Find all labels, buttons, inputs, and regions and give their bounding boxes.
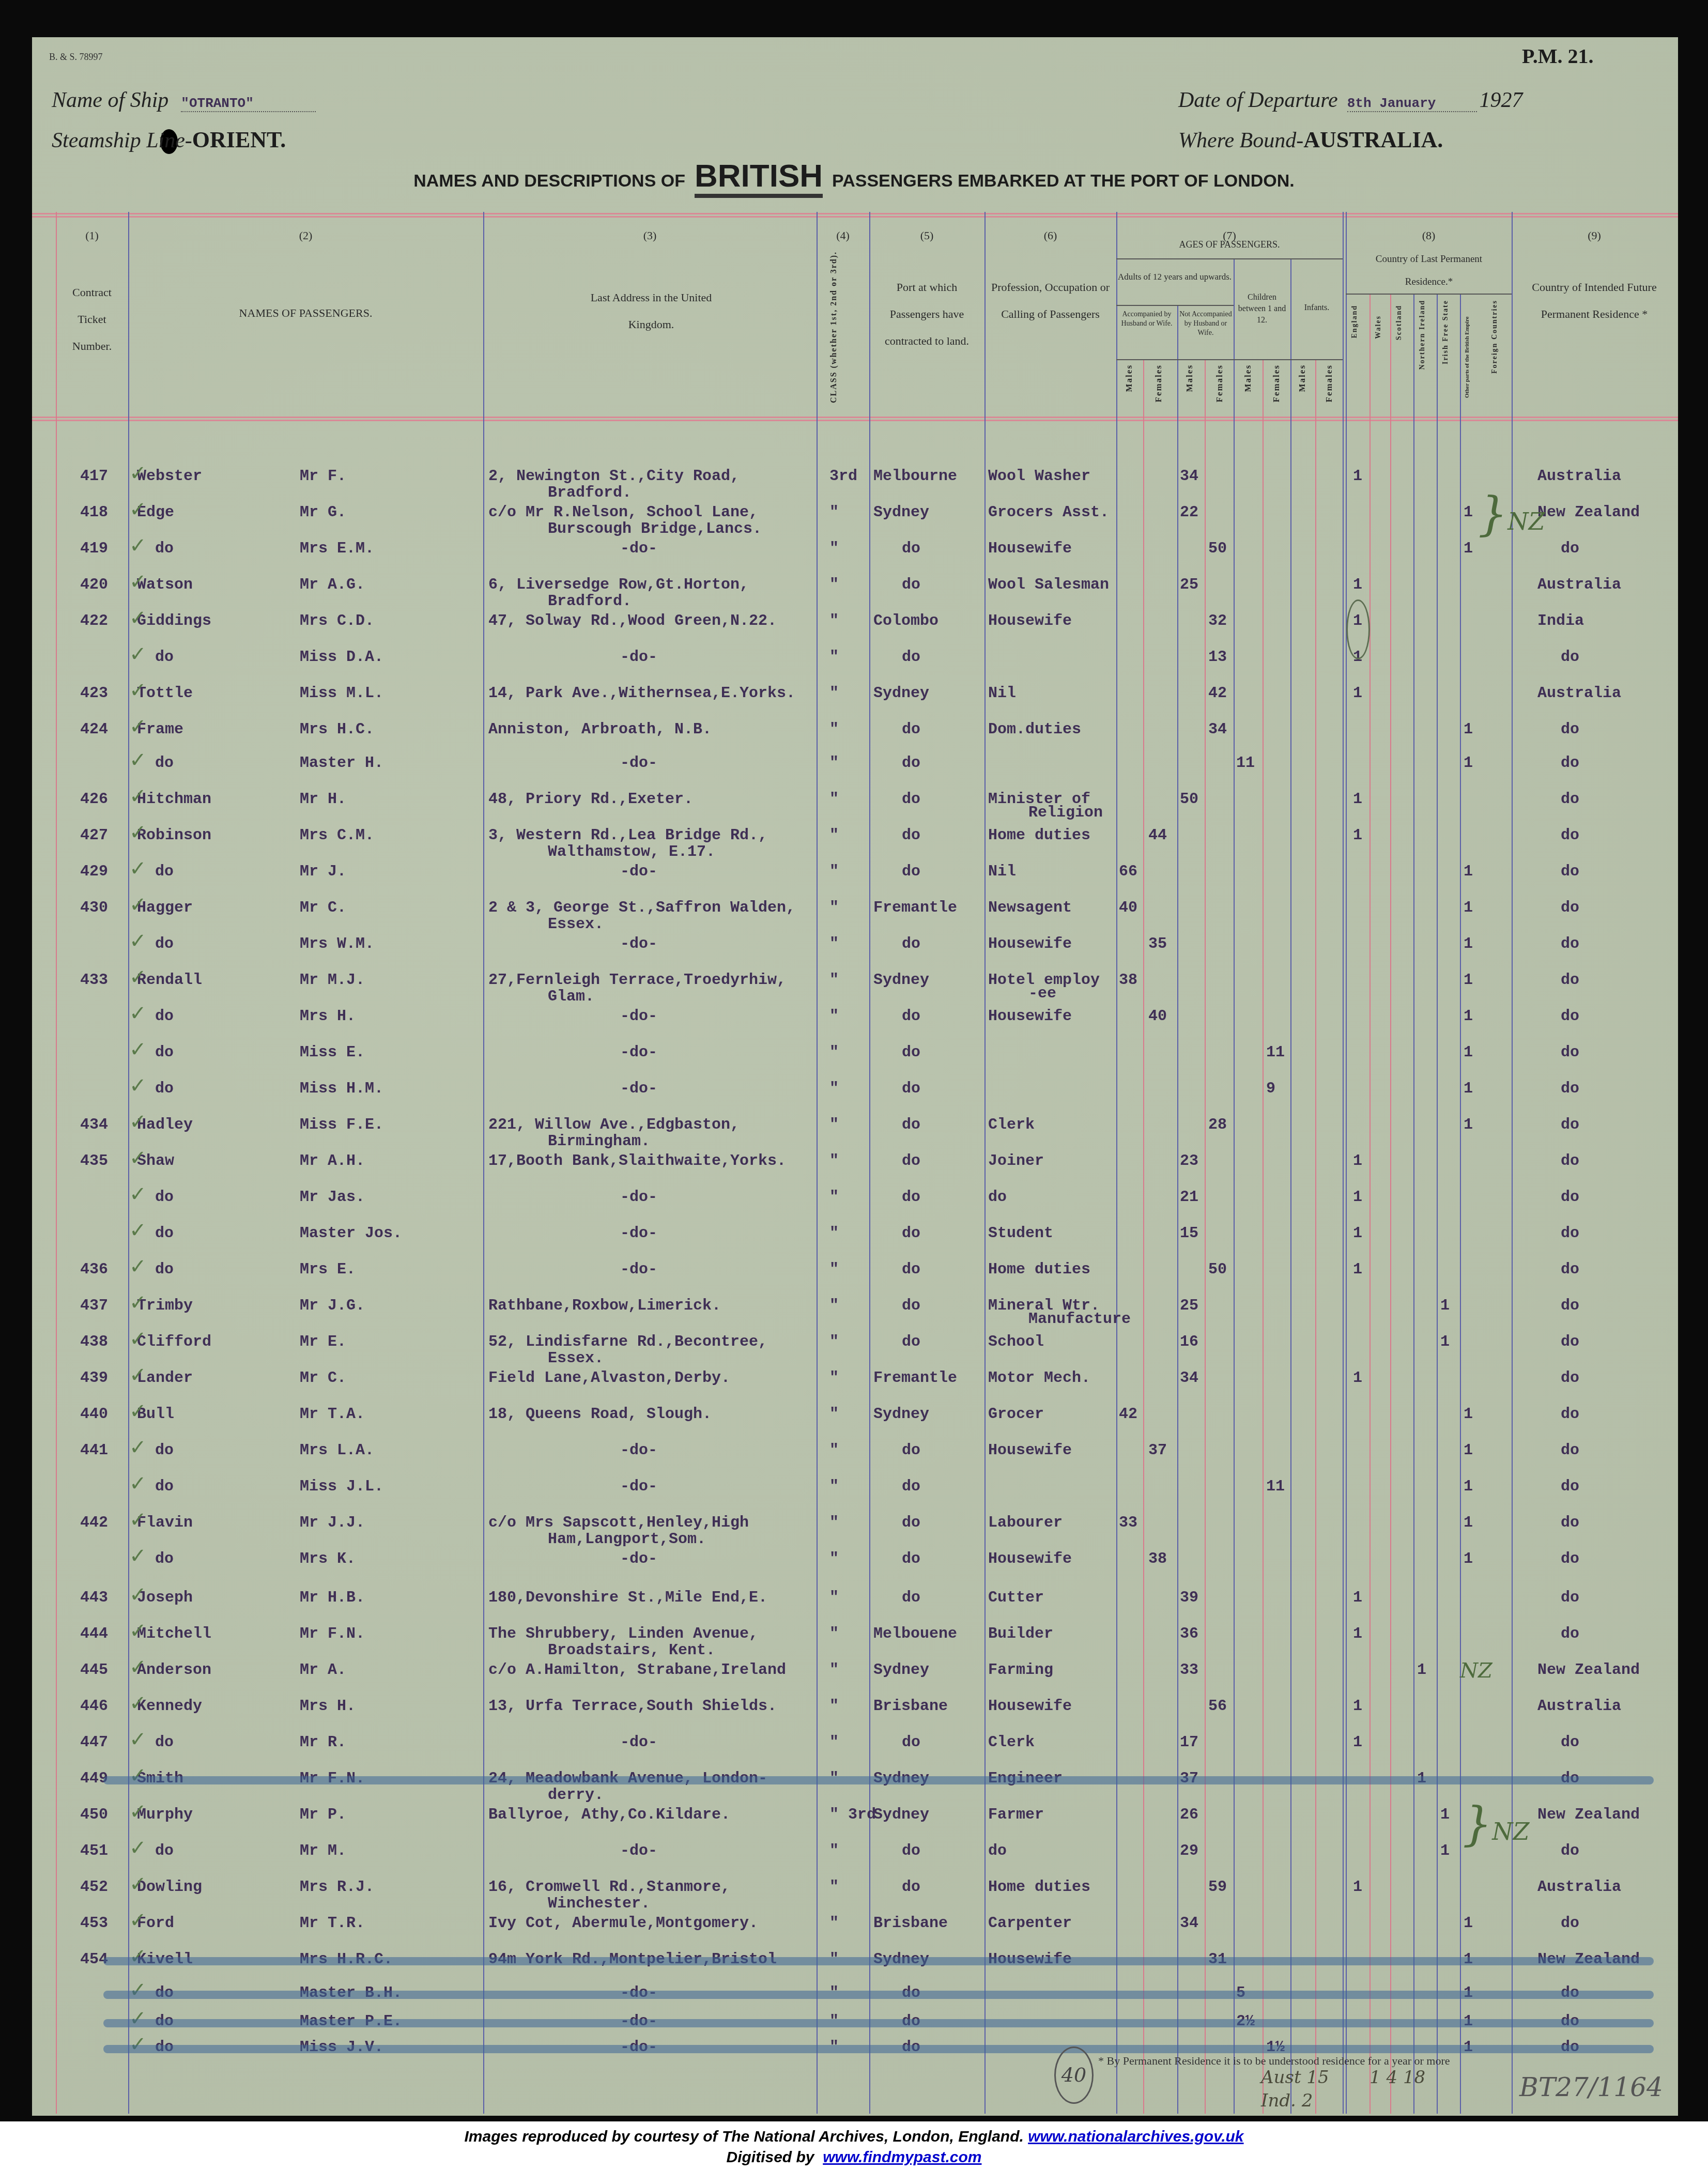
given-names: Mr M. (300, 1842, 346, 1860)
age: 39 (1180, 1589, 1198, 1607)
destination: do (1561, 1478, 1579, 1496)
occupation: Clerk (988, 1116, 1035, 1134)
check-mark-icon: ✓ (129, 1436, 147, 1459)
destination: do (1561, 1116, 1579, 1134)
check-mark-icon: ✓ (129, 929, 147, 953)
age: 11 (1236, 755, 1255, 772)
check-mark-icon: ✓ (129, 534, 147, 558)
destination: do (1561, 1333, 1579, 1351)
age: 32 (1208, 612, 1227, 630)
class: " (829, 649, 839, 666)
ticket-number: 418 (80, 504, 108, 521)
destination: do (1561, 1189, 1579, 1206)
address: -do- (620, 935, 657, 953)
port-of-landing: do (902, 1734, 920, 1751)
class: " (829, 576, 839, 594)
age: 36 (1180, 1625, 1198, 1643)
destination: do (1561, 899, 1579, 917)
ticket-number: 437 (80, 1297, 108, 1315)
given-names: Mr M.J. (300, 972, 365, 989)
check-mark-icon: ✓ (129, 570, 147, 594)
table-row: 436doMrs E.-do-"doHome dutiesdo501✓ (0, 1261, 1708, 1297)
findmypast-link[interactable]: www.findmypast.com (823, 2149, 981, 2166)
destination: do (1561, 1514, 1579, 1532)
age: 34 (1180, 468, 1198, 485)
address: c/o Mr R.Nelson, School Lane, (488, 504, 758, 521)
ticket-number: 441 (80, 1442, 108, 1459)
ages-sub-header: Females (1153, 364, 1164, 402)
occupation: Farming (988, 1661, 1053, 1679)
given-names: Mrs E.M. (300, 540, 374, 558)
class: " (829, 791, 839, 808)
ticket-number: 430 (80, 899, 108, 917)
port-of-landing: do (902, 1044, 920, 1061)
occupation: Motor Mech. (988, 1369, 1090, 1387)
residence-count: 1 (1353, 1225, 1362, 1242)
class: " (829, 899, 839, 917)
table-row: 438CliffordMr E.52, Lindisfarne Rd.,Beco… (0, 1333, 1708, 1369)
ages-sub-header: Males (1297, 364, 1307, 392)
age: 16 (1180, 1333, 1198, 1351)
occupation: Grocers Asst. (988, 504, 1109, 521)
address: -do- (620, 1478, 657, 1496)
check-mark-icon: ✓ (129, 498, 147, 521)
age: 38 (1119, 972, 1137, 989)
check-mark-icon: ✓ (129, 893, 147, 917)
table-row: doMaster H.-do-"dodo111✓ (0, 755, 1708, 791)
given-names: Mrs C.M. (300, 827, 374, 844)
class: " (829, 1879, 839, 1896)
address: c/o A.Hamilton, Strabane,Ireland (488, 1661, 786, 1679)
surname: Dowling (137, 1879, 202, 1896)
check-mark-icon: ✓ (129, 606, 147, 630)
age: 50 (1180, 791, 1198, 808)
address: 48, Priory Rd.,Exeter. (488, 791, 693, 808)
age: 50 (1208, 540, 1227, 558)
table-row: 437TrimbyMr J.G.Rathbane,Roxbow,Limerick… (0, 1297, 1708, 1333)
class: " (829, 1478, 839, 1496)
address-line-2: Burscough Bridge,Lancs. (548, 520, 762, 538)
port-of-landing: do (902, 1152, 920, 1170)
port-of-landing: Melbouene (873, 1625, 957, 1643)
surname: do (155, 1225, 174, 1242)
residence-count: 1 (1353, 1625, 1362, 1643)
port-of-landing: Sydney (873, 1661, 929, 1679)
check-mark-icon: ✓ (129, 1508, 147, 1532)
nz-note-annotation: NZ (1460, 1659, 1492, 1683)
form-number: P.M. 21. (1522, 44, 1594, 68)
age: 25 (1180, 576, 1198, 594)
line-label: Steamship Line- (52, 129, 192, 152)
class: " (829, 1406, 839, 1423)
address: Ballyroe, Athy,Co.Kildare. (488, 1806, 730, 1824)
check-mark-icon: ✓ (129, 1182, 147, 1206)
check-mark-icon: ✓ (129, 1363, 147, 1387)
col1-header: Contract Ticket Number. (58, 279, 126, 360)
occupation: Home duties (988, 827, 1090, 844)
given-names: Master H. (300, 755, 383, 772)
adults-rule (1116, 305, 1234, 306)
age: 44 (1148, 827, 1167, 844)
bound-label: Where Bound- (1178, 129, 1303, 152)
check-mark-icon: ✓ (129, 1399, 147, 1423)
port-of-landing: Colombo (873, 612, 938, 630)
destination: do (1561, 1261, 1579, 1279)
port-of-landing: Sydney (873, 1406, 929, 1423)
destination: do (1561, 1297, 1579, 1315)
destination: do (1561, 1589, 1579, 1607)
address: Field Lane,Alvaston,Derby. (488, 1369, 730, 1387)
address: 18, Queens Road, Slough. (488, 1406, 712, 1423)
address: 2 & 3, George St.,Saffron Walden, (488, 899, 795, 917)
destination: do (1561, 1080, 1579, 1098)
table-row: 423TottleMiss M.L.14, Park Ave.,Witherns… (0, 685, 1708, 721)
port-of-landing: do (902, 1842, 920, 1860)
address: -do- (620, 755, 657, 772)
check-mark-icon: ✓ (129, 857, 147, 881)
given-names: Miss F.E. (300, 1116, 383, 1134)
port-of-landing: do (902, 1225, 920, 1242)
address: -do- (620, 863, 657, 881)
national-archives-link[interactable]: www.nationalarchives.gov.uk (1028, 2128, 1243, 2145)
residence-count: 1 (1353, 791, 1362, 808)
given-names: Mr E. (300, 1333, 346, 1351)
given-names: Mr R. (300, 1734, 346, 1751)
residence-count: 1 (1464, 1550, 1473, 1568)
table-row: doMrs W.M.-do-"doHousewifedo351✓ (0, 935, 1708, 972)
occupation: Nil (988, 863, 1016, 881)
port-of-landing: do (902, 1879, 920, 1896)
residence-sub-header: Irish Free State (1442, 300, 1450, 364)
address: -do- (620, 1080, 657, 1098)
age: 13 (1208, 649, 1227, 666)
destination: do (1561, 540, 1579, 558)
table-row: 451doMr M.-do-"dododo291✓ (0, 1842, 1708, 1879)
occupation: Carpenter (988, 1915, 1072, 1932)
destination: do (1561, 1406, 1579, 1423)
table-row: 454KivellMrs H.R.C.94m York Rd.,Montpeli… (0, 1951, 1708, 1987)
address: 3, Western Rd.,Lea Bridge Rd., (488, 827, 767, 844)
port-of-landing: Fremantle (873, 1369, 957, 1387)
check-mark-icon: ✓ (129, 1655, 147, 1679)
ticket-number: 417 (80, 468, 108, 485)
address: -do- (620, 1842, 657, 1860)
address: 16, Cromwell Rd.,Stanmore, (488, 1879, 730, 1896)
port-of-landing: do (902, 1333, 920, 1351)
given-names: Mrs C.D. (300, 612, 374, 630)
given-names: Mrs E. (300, 1261, 356, 1279)
col2-header: NAMES OF PASSENGERS. (128, 300, 483, 327)
ship-name: "OTRANTO" (181, 96, 315, 112)
circled-count: 40 (1054, 2046, 1094, 2104)
table-row: 445AndersonMr A.c/o A.Hamilton, Strabane… (0, 1661, 1708, 1698)
residence-count: 1 (1464, 1406, 1473, 1423)
age: 38 (1148, 1550, 1167, 1568)
residence-count: 1 (1440, 1297, 1450, 1315)
class: " (829, 721, 839, 738)
address-line-2: Ham,Langport,Som. (548, 1531, 706, 1548)
strike-through-line (103, 2019, 1654, 2027)
given-names: Mr A. (300, 1661, 346, 1679)
age: 25 (1180, 1297, 1198, 1315)
address-line-2: Bradford. (548, 593, 632, 610)
check-mark-icon: ✓ (129, 679, 147, 702)
credit-line-1: Images reproduced by courtesy of The Nat… (0, 2128, 1708, 2146)
residence-count: 1 (1353, 1189, 1362, 1206)
address: 180,Devonshire St.,Mile End,E. (488, 1589, 767, 1607)
col6-header: Profession, Occupation or Calling of Pas… (987, 274, 1114, 328)
check-mark-icon: ✓ (129, 1800, 147, 1824)
class: " (829, 1698, 839, 1715)
class: " (829, 1734, 839, 1751)
port-of-landing: Brisbane (873, 1915, 948, 1932)
ship-name-field: Name of Ship "OTRANTO" (52, 88, 316, 113)
port-of-landing: do (902, 755, 920, 772)
address: 47, Solway Rd.,Wood Green,N.22. (488, 612, 777, 630)
ticket-number: 442 (80, 1514, 108, 1532)
ticket-number: 434 (80, 1116, 108, 1134)
residence-count: 1 (1464, 1044, 1473, 1061)
address: 27,Fernleigh Terrace,Troedyrhiw, (488, 972, 786, 989)
age: 26 (1180, 1806, 1198, 1824)
surname: do (155, 863, 174, 881)
address: -do- (620, 1044, 657, 1061)
strike-through-line (103, 1991, 1654, 1999)
surname: Kennedy (137, 1698, 202, 1715)
address: 2, Newington St.,City Road, (488, 468, 740, 485)
ticket-number: 453 (80, 1915, 108, 1932)
port-of-landing: do (902, 791, 920, 808)
check-mark-icon: ✓ (129, 1872, 147, 1896)
surname: do (155, 1442, 174, 1459)
not-accompanied-header: Not Accompanied by Husband or Wife. (1178, 310, 1233, 338)
residence-count: 1 (1464, 540, 1473, 558)
residence-count: 1 (1353, 1261, 1362, 1279)
check-mark-icon: ✓ (129, 784, 147, 808)
given-names: Mrs H. (300, 1698, 356, 1715)
col5-num: (5) (869, 222, 984, 249)
table-row: doMiss H.M.-do-"dodo91✓ (0, 1080, 1708, 1116)
departure-date: 8th January (1347, 96, 1478, 112)
class: " (829, 972, 839, 989)
ticket-number: 435 (80, 1152, 108, 1170)
occupation: Housewife (988, 1698, 1072, 1715)
accompanied-header: Accompanied by Husband or Wife. (1117, 310, 1176, 329)
address: -do- (620, 1189, 657, 1206)
age: 9 (1266, 1080, 1275, 1098)
table-row: 419doMrs E.M.-do-"doHousewifedo501✓ (0, 540, 1708, 576)
credit-line-2: Digitised by www.findmypast.com (0, 2149, 1708, 2166)
residence-sub-header: Other parts of the British Empire (1464, 295, 1478, 398)
surname: Webster (137, 468, 202, 485)
class: " 3rd (829, 1806, 876, 1824)
class: " (829, 540, 839, 558)
surname: do (155, 1044, 174, 1061)
occupation: Housewife (988, 1550, 1072, 1568)
occupation: Labourer (988, 1514, 1063, 1532)
occupation: Wool Salesman (988, 576, 1109, 594)
port-of-landing: do (902, 721, 920, 738)
surname: do (155, 755, 174, 772)
port-of-landing: do (902, 540, 920, 558)
given-names: Mr C. (300, 899, 346, 917)
table-row: doMrs H.-do-"doHousewifedo401✓ (0, 1008, 1708, 1044)
ticket-number: 424 (80, 721, 108, 738)
destination: do (1561, 755, 1579, 772)
occupation: Home duties (988, 1879, 1090, 1896)
nz-bracket-annotation: }NZ (1463, 1809, 1529, 1845)
title-british: BRITISH (695, 158, 823, 198)
where-bound-field: Where Bound-AUSTRALIA. (1178, 127, 1443, 153)
residence-count: 1 (1440, 1842, 1450, 1860)
address: -do- (620, 649, 657, 666)
age: 40 (1148, 1008, 1167, 1025)
residence-sub-header: Scotland (1395, 305, 1404, 340)
ages-sub-header: Males (1243, 364, 1253, 392)
occupation: Nil (988, 685, 1016, 702)
given-names: Master Jos. (300, 1225, 402, 1242)
table-row: 426HitchmanMr H.48, Priory Rd.,Exeter."d… (0, 791, 1708, 827)
age: 33 (1180, 1661, 1198, 1679)
given-names: Mrs W.M. (300, 935, 374, 953)
occupation: Housewife (988, 1442, 1072, 1459)
address: -do- (620, 1734, 657, 1751)
table-row: 440BullMr T.A.18, Queens Road, Slough."S… (0, 1406, 1708, 1442)
age: 34 (1180, 1369, 1198, 1387)
residence-sub-header: Wales (1375, 315, 1383, 339)
destination: do (1561, 1044, 1579, 1061)
destination: do (1561, 972, 1579, 989)
table-row: 446KennedyMrs H.13, Urfa Terrace,South S… (0, 1698, 1708, 1734)
class: " (829, 1915, 839, 1932)
class: " (829, 1514, 839, 1532)
destination: do (1561, 791, 1579, 808)
address-line-2: Walthamstow, E.17. (548, 843, 715, 861)
table-row: 435ShawMr A.H.17,Booth Bank,Slaithwaite,… (0, 1152, 1708, 1189)
address-line-2: Birmingham. (548, 1133, 650, 1150)
destination: do (1561, 935, 1579, 953)
tally-numbers: 1 4 18 (1370, 2067, 1425, 2088)
check-mark-icon: ✓ (129, 1909, 147, 1932)
residence-count: 1 (1464, 721, 1473, 738)
destination: do (1561, 1369, 1579, 1387)
port-of-landing: do (902, 1478, 920, 1496)
residence-count: 1 (1353, 1589, 1362, 1607)
destination: do (1561, 1915, 1579, 1932)
destination: New Zealand (1537, 1661, 1640, 1679)
given-names: Mr J.G. (300, 1297, 365, 1315)
archive-reference: BT27/1164 (1519, 2072, 1663, 2102)
residence-count: 1 (1464, 1478, 1473, 1496)
address: 52, Lindisfarne Rd.,Becontree, (488, 1333, 767, 1351)
departure-date-field: Date of Departure 8th January 1927 (1178, 88, 1522, 113)
check-mark-icon: ✓ (129, 1291, 147, 1315)
given-names: Mr T.R. (300, 1915, 365, 1932)
check-mark-icon: ✓ (129, 715, 147, 738)
address: 13, Urfa Terrace,South Shields. (488, 1698, 777, 1715)
occupation: Housewife (988, 1008, 1072, 1025)
col6-num: (6) (984, 222, 1116, 249)
surname: do (155, 1189, 174, 1206)
port-of-landing: do (902, 1589, 920, 1607)
age: 40 (1119, 899, 1137, 917)
age: 50 (1208, 1261, 1227, 1279)
occupation-line-2: Manufacture (1028, 1311, 1131, 1328)
given-names: Mrs H. (300, 1008, 356, 1025)
check-mark-icon: ✓ (129, 1836, 147, 1860)
occupation: Cutter (988, 1589, 1044, 1607)
table-row: 450MurphyMr P.Ballyroe, Athy,Co.Kildare.… (0, 1806, 1708, 1842)
ticket-number: 423 (80, 685, 108, 702)
surname: Clifford (137, 1333, 211, 1351)
residence-count: 1 (1353, 576, 1362, 594)
age: 66 (1119, 863, 1137, 881)
residence-count: 1 (1464, 1514, 1473, 1532)
residence-count: 1 (1353, 1152, 1362, 1170)
given-names: Mr Jas. (300, 1189, 365, 1206)
port-of-landing: do (902, 827, 920, 844)
class: " (829, 1044, 839, 1061)
class: " (829, 1152, 839, 1170)
port-of-landing: Fremantle (873, 899, 957, 917)
table-row: 441doMrs L.A.-do-"doHousewifedo371✓ (0, 1442, 1708, 1478)
given-names: Mr G. (300, 504, 346, 521)
col4-num: (4) (817, 222, 869, 249)
address-line-2: Broadstairs, Kent. (548, 1642, 715, 1659)
residence-count: 1 (1464, 1116, 1473, 1134)
port-of-landing: do (902, 935, 920, 953)
age: 17 (1180, 1734, 1198, 1751)
given-names: Mr F.N. (300, 1625, 365, 1643)
occupation: Clerk (988, 1734, 1035, 1751)
class: " (829, 1442, 839, 1459)
table-row: doMr Jas.-do-"dododo211✓ (0, 1189, 1708, 1225)
infants-header: Infants. (1291, 302, 1343, 314)
destination: do (1561, 1152, 1579, 1170)
check-mark-icon: ✓ (129, 1110, 147, 1134)
residence-count: 1 (1353, 1879, 1362, 1896)
table-row: 453FordMr T.R.Ivy Cot, Abermule,Montgome… (0, 1915, 1708, 1951)
given-names: Mr H.B. (300, 1589, 365, 1607)
port-of-landing: do (902, 1442, 920, 1459)
age: 42 (1119, 1406, 1137, 1423)
destination: do (1561, 1842, 1579, 1860)
address-line-2: Bradford. (548, 484, 632, 502)
class: " (829, 1661, 839, 1679)
class: " (829, 1261, 839, 1279)
occupation: Housewife (988, 612, 1072, 630)
ages-sub-rule (1116, 359, 1343, 360)
check-mark-icon: ✓ (129, 1038, 147, 1061)
ages-sub-header: Females (1214, 364, 1225, 402)
ticket-number: 445 (80, 1661, 108, 1679)
check-mark-icon: ✓ (129, 1472, 147, 1496)
address: Ivy Cot, Abermule,Montgomery. (488, 1915, 758, 1932)
ticket-number: 446 (80, 1698, 108, 1715)
header-rule-bottom-2 (32, 420, 1678, 421)
class: 3rd (829, 468, 857, 485)
class: " (829, 1008, 839, 1025)
table-row: 442FlavinMr J.J.c/o Mrs Sapscott,Henley,… (0, 1514, 1708, 1550)
class: " (829, 827, 839, 844)
col8-header: Country of Last Permanent Residence.* (1359, 248, 1499, 294)
ship-label: Name of Ship (52, 88, 168, 112)
address: -do- (620, 1225, 657, 1242)
destination: do (1561, 1225, 1579, 1242)
table-row: 417WebsterMr F.2, Newington St.,City Roa… (0, 468, 1708, 504)
ticket-number: 451 (80, 1842, 108, 1860)
age: 59 (1208, 1879, 1227, 1896)
